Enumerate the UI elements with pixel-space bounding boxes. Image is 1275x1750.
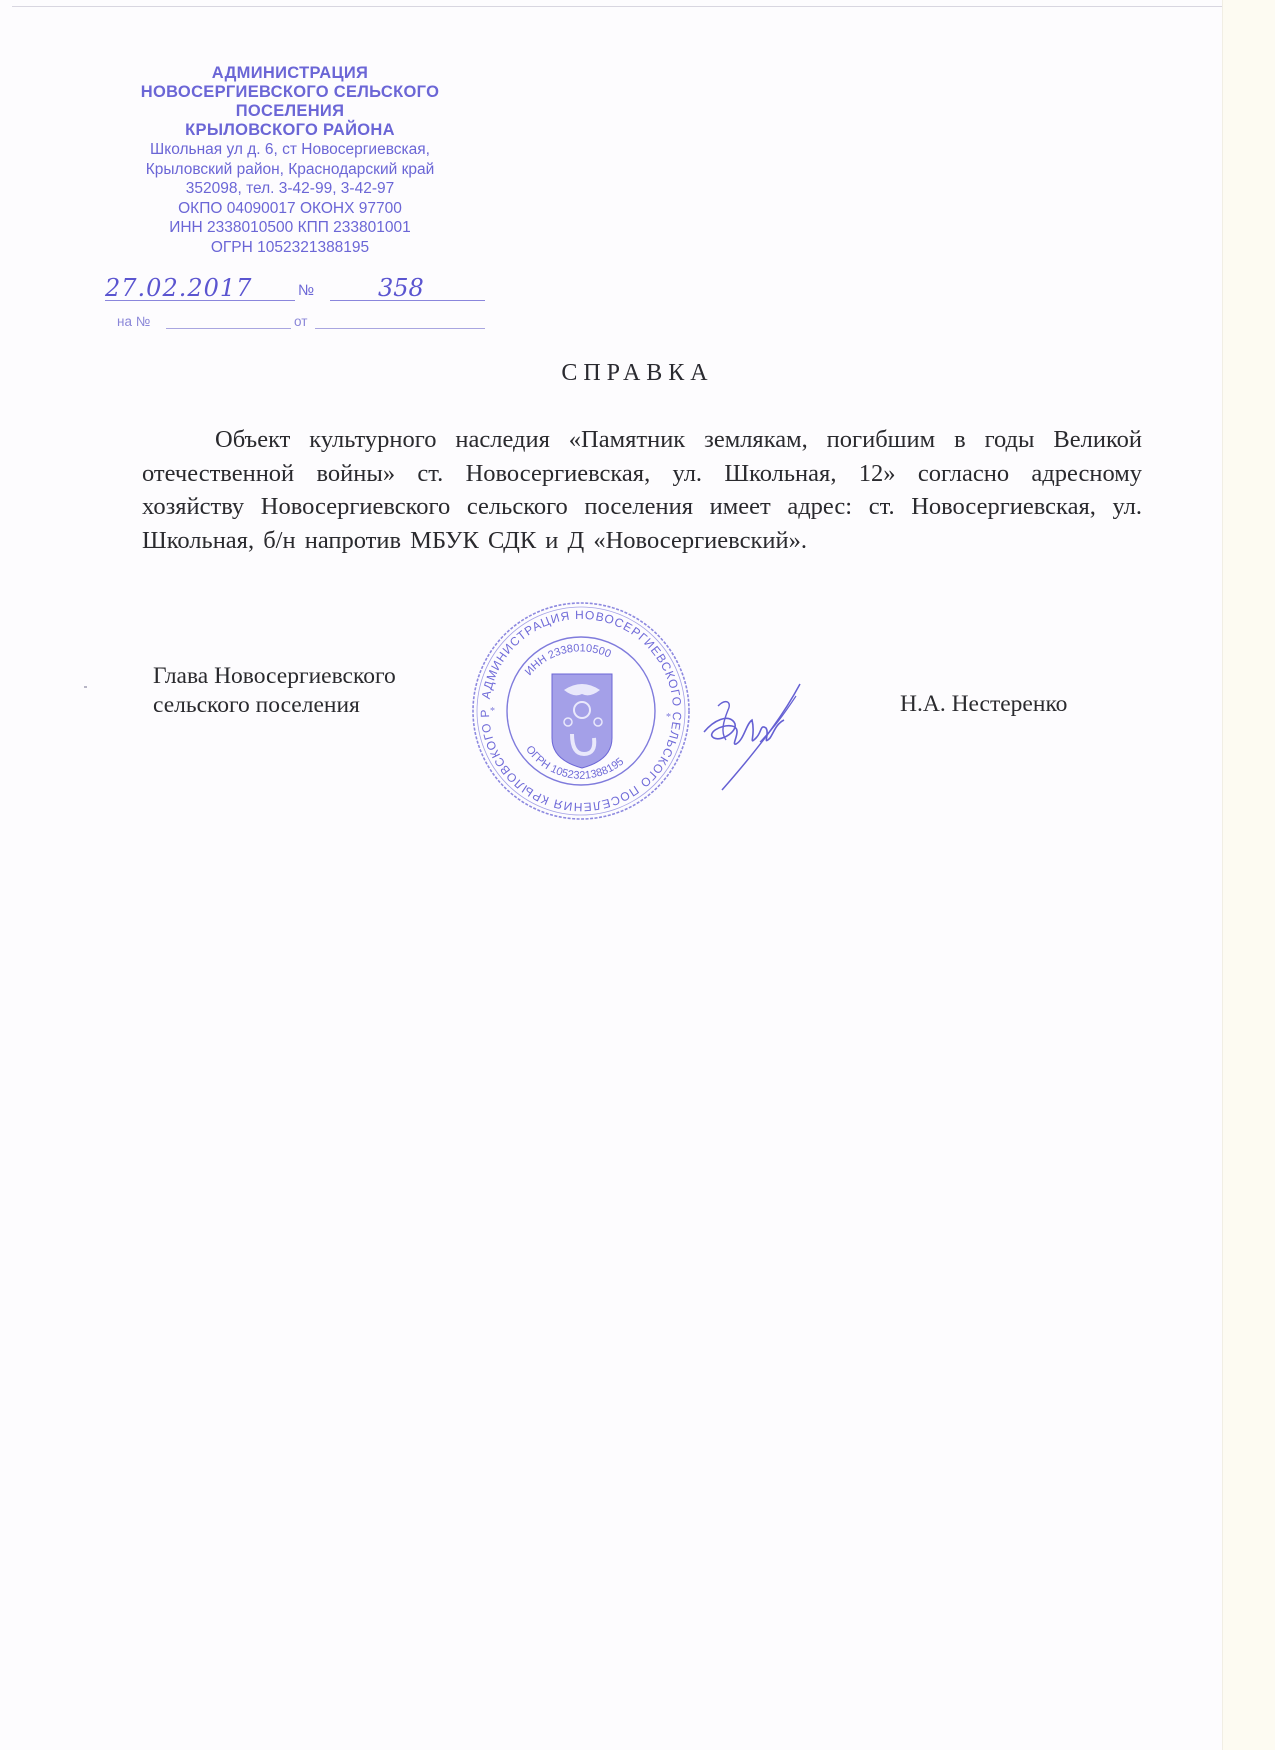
signatory-position: Глава Новосергиевского сельского поселен… [153,662,396,720]
org-name-line: НОВОСЕРГИЕВСКОГО СЕЛЬСКОГО [100,83,480,102]
org-name-line: ПОСЕЛЕНИЯ [100,102,480,121]
signatory-name: Н.А. Нестеренко [900,691,1067,718]
address-line: Школьная ул д. 6, ст Новосергиевская, [100,140,480,160]
scan-top-edge [12,6,1232,7]
svg-text:ИНН 2338010500: ИНН 2338010500 [523,642,613,678]
scan-right-strip [1222,0,1275,1750]
seal-icon: АДМИНИСТРАЦИЯ НОВОСЕРГИЕВСКОГО СЕЛЬСКОГО… [468,598,694,824]
letterhead-stamp: АДМИНИСТРАЦИЯ НОВОСЕРГИЕВСКОГО СЕЛЬСКОГО… [100,64,480,257]
reference-row: на № от [117,314,487,334]
ref-date-blank [315,328,485,329]
ref-number-label: на № [117,314,150,329]
position-line: сельского поселения [153,691,396,720]
registration-row: 27.02.2017 № 358 [105,276,485,302]
ref-number-blank [166,328,291,329]
phone-line: 352098, тел. 3-42-99, 3-42-97 [100,179,480,199]
handwritten-signature [700,680,810,795]
address-line: Крыловский район, Краснодарский край [100,160,480,180]
position-line: Глава Новосергиевского [153,662,396,691]
signature-icon [700,680,810,795]
ogrn-line: ОГРН 1052321388195 [100,238,480,258]
ref-date-label: от [294,314,307,329]
document-title: СПРАВКА [0,360,1275,387]
inn-line: ИНН 2338010500 КПП 233801001 [100,218,480,238]
scan-speck [84,686,87,688]
okpo-line: ОКПО 04090017 ОКОНХ 97700 [100,199,480,219]
org-name-line: АДМИНИСТРАЦИЯ [100,64,480,83]
svg-text:*: * [666,712,671,723]
svg-text:*: * [490,706,495,717]
number-label: № [298,282,314,299]
official-seal: АДМИНИСТРАЦИЯ НОВОСЕРГИЕВСКОГО СЕЛЬСКОГО… [468,598,694,824]
outgoing-date: 27.02.2017 [105,276,295,301]
org-name-line: КРЫЛОВСКОГО РАЙОНА [100,121,480,140]
outgoing-number: 358 [330,276,485,301]
document-body: Объект культурного наследия «Памятник зе… [142,423,1142,557]
